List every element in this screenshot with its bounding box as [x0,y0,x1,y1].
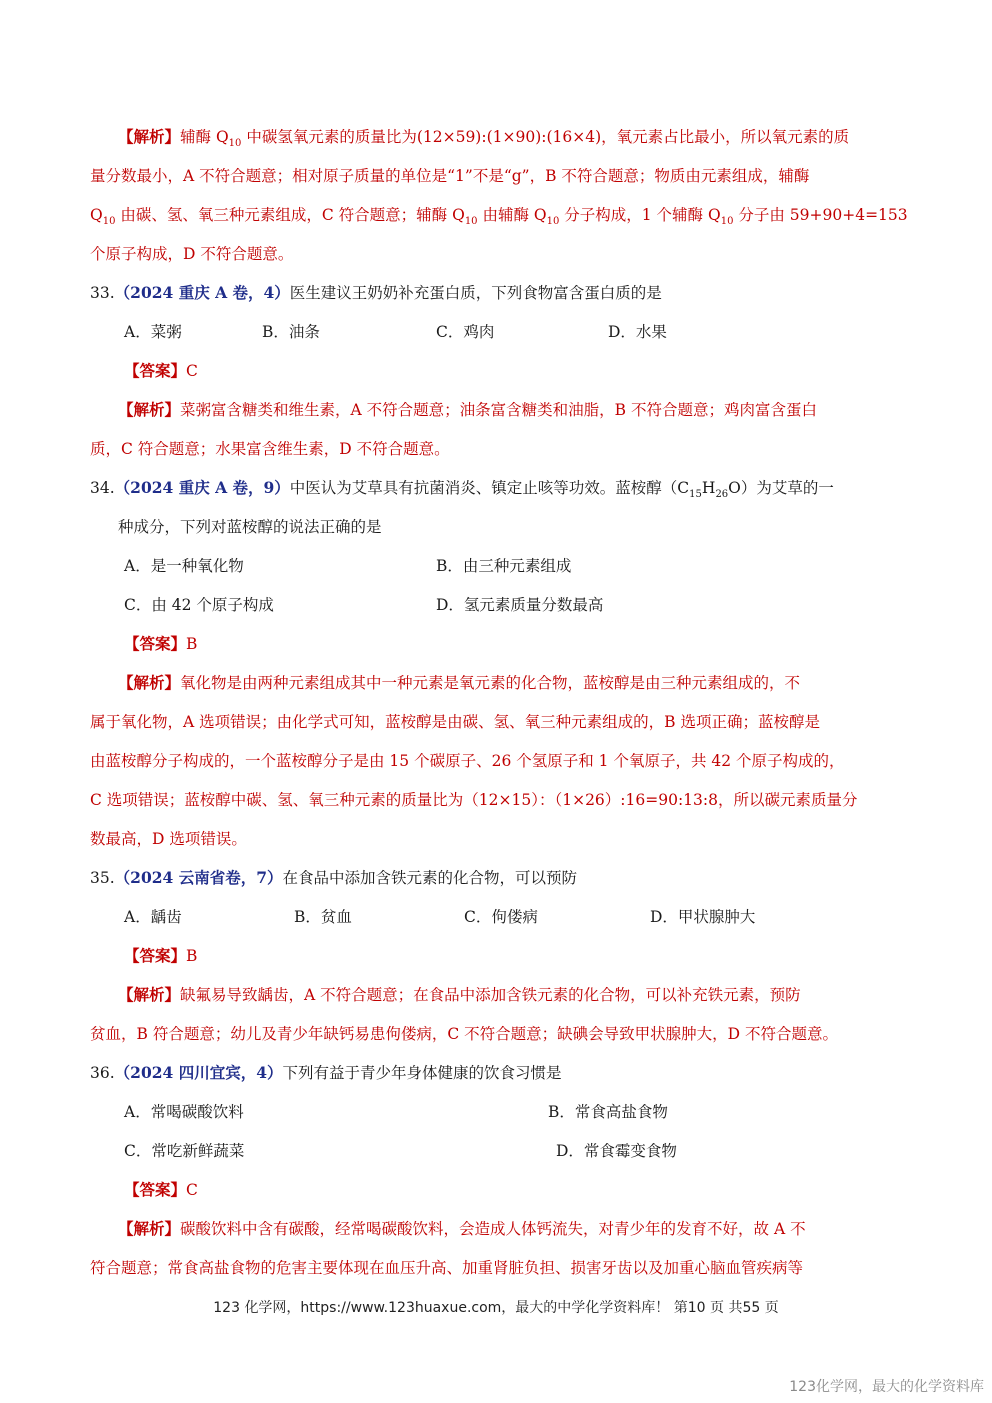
question-number: 34. [90,479,115,497]
question-source: （2024 重庆 A 卷，9） [115,478,290,497]
question-text: 下列有益于青少年身体健康的饮食习惯是 [282,1064,561,1082]
analysis-text: 氧化物是由两种元素组成其中一种元素是氧元素的化合物，蓝桉醇是由三种元素组成的，不 [180,674,800,692]
text: 由辅酶 Q [478,206,547,224]
question-33-option-d: D．水果 [608,321,667,343]
text: 由碳、氢、氧三种元素组成，C 符合题意；辅酶 Q [115,206,464,224]
question-33-answer: 【答案】C [124,360,198,382]
question-34-stem: 34.（2024 重庆 A 卷，9）中医认为艾草具有抗菌消炎、镇定止咳等功效。蓝… [90,477,834,499]
question-34-stem-line-2: 种成分，下列对蓝桉醇的说法正确的是 [118,516,382,538]
question-34-option-a: A．是一种氧化物 [124,555,244,577]
question-36-analysis-line-2: 符合题意；常食高盐食物的危害主要体现在血压升高、加重肾脏负担、损害牙齿以及加重心… [90,1257,803,1279]
analysis-label: 【解析】 [118,673,180,692]
answer-label: 【答案】 [124,361,186,380]
analysis-continuation-line-2: 量分数最小，A 不符合题意；相对原子质量的单位是“1”不是“g”，B 不符合题意… [90,165,809,187]
question-34-option-c: C．由 42 个原子构成 [124,594,274,616]
analysis-label: 【解析】 [118,985,180,1004]
question-35-analysis-line-2: 贫血，B 符合题意；幼儿及青少年缺钙易患佝偻病，C 不符合题意；缺碘会导致甲状腺… [90,1023,838,1045]
analysis-text: 碳酸饮料中含有碳酸，经常喝碳酸饮料，会造成人体钙流失，对青少年的发育不好，故 A… [180,1220,806,1238]
watermark: 123化学网，最大的化学资料库 [789,1376,984,1396]
subscript: 10 [103,216,116,227]
text: Q [90,206,103,224]
question-33-stem: 33.（2024 重庆 A 卷，4）医生建议王奶奶补充蛋白质，下列食物富含蛋白质… [90,282,662,304]
question-text: O）为艾草的一 [728,479,834,497]
analysis-text: 菜粥富含糖类和维生素，A 不符合题意；油条富含糖类和油脂，B 不符合题意；鸡肉富… [180,401,817,419]
subscript: 10 [465,216,478,227]
question-number: 35. [90,869,115,887]
subscript: 15 [689,489,702,500]
analysis-continuation-line-4: 个原子构成，D 不符合题意。 [90,243,293,265]
question-number: 33. [90,284,115,302]
question-35-answer: 【答案】B [124,945,197,967]
question-35-option-a: A．龋齿 [124,906,182,928]
analysis-text: 缺氟易导致龋齿，A 不符合题意；在食品中添加含铁元素的化合物，可以补充铁元素，预… [180,986,801,1004]
question-35-analysis-line-1: 【解析】缺氟易导致龋齿，A 不符合题意；在食品中添加含铁元素的化合物，可以补充铁… [118,984,801,1006]
question-34-analysis-line-4: C 选项错误；蓝桉醇中碳、氢、氧三种元素的质量比为（12×15）：（1×26）:… [90,789,857,811]
page-footer: 123 化学网，https://www.123huaxue.com，最大的中学化… [0,1297,992,1317]
question-text: H [702,479,716,497]
question-34-option-b: B．由三种元素组成 [436,555,571,577]
question-34-analysis-line-5: 数最高，D 选项错误。 [90,828,247,850]
question-33-option-c: C．鸡肉 [436,321,494,343]
question-35-stem: 35.（2024 云南省卷，7）在食品中添加含铁元素的化合物，可以预防 [90,867,577,889]
question-text: 医生建议王奶奶补充蛋白质，下列食物富含蛋白质的是 [290,284,662,302]
question-36-stem: 36.（2024 四川宜宾，4）下列有益于青少年身体健康的饮食习惯是 [90,1062,562,1084]
answer-label: 【答案】 [124,634,186,653]
text: 个原子构成，D 不符合题意。 [90,245,293,263]
question-35-option-b: B．贫血 [294,906,352,928]
question-36-option-d: D．常食霉变食物 [556,1140,677,1162]
text: 中碳氢氧元素的质量比为(12×59):(1×90):(16×4)，氧元素占比最小… [241,128,849,146]
question-source: （2024 重庆 A 卷，4） [115,283,290,302]
question-35-option-c: C．佝偻病 [464,906,538,928]
text: 量分数最小，A 不符合题意；相对原子质量的单位是“1”不是“g”，B 不符合题意… [90,167,809,185]
analysis-continuation-line-1: 【解析】辅酶 Q10 中碳氢氧元素的质量比为(12×59):(1×90):(16… [118,126,849,148]
answer-label: 【答案】 [124,946,186,965]
question-number: 36. [90,1064,115,1082]
question-35-option-d: D．甲状腺肿大 [650,906,755,928]
analysis-label: 【解析】 [118,400,180,419]
text: 分子由 59+90+4=153 [733,206,907,224]
question-36-answer: 【答案】C [124,1179,198,1201]
question-text: 在食品中添加含铁元素的化合物，可以预防 [282,869,577,887]
text: 分子构成，1 个辅酶 Q [559,206,720,224]
question-36-option-b: B．常食高盐食物 [548,1101,668,1123]
question-34-analysis-line-2: 属于氧化物，A 选项错误；由化学式可知，蓝桉醇是由碳、氢、氧三种元素组成的，B … [90,711,820,733]
subscript: 10 [547,216,560,227]
answer-value: B [186,947,197,965]
analysis-continuation-line-3: Q10 由碳、氢、氧三种元素组成，C 符合题意；辅酶 Q10 由辅酶 Q10 分… [90,204,908,226]
question-34-answer: 【答案】B [124,633,197,655]
question-36-option-a: A．常喝碳酸饮料 [124,1101,244,1123]
text: 辅酶 Q [180,128,229,146]
subscript: 26 [715,489,728,500]
question-source: （2024 云南省卷，7） [115,868,283,887]
question-33-analysis-line-2: 质，C 符合题意；水果富含维生素，D 不符合题意。 [90,438,450,460]
subscript: 10 [721,216,734,227]
question-34-analysis-line-3: 由蓝桉醇分子构成的，一个蓝桉醇分子是由 15 个碳原子、26 个氢原子和 1 个… [90,750,845,772]
analysis-label: 【解析】 [118,127,180,146]
answer-value: C [186,362,198,380]
question-36-option-c: C．常吃新鲜蔬菜 [124,1140,244,1162]
answer-label: 【答案】 [124,1180,186,1199]
answer-value: C [186,1181,198,1199]
question-33-analysis-line-1: 【解析】菜粥富含糖类和维生素，A 不符合题意；油条富含糖类和油脂，B 不符合题意… [118,399,817,421]
answer-value: B [186,635,197,653]
question-33-option-b: B．油条 [262,321,320,343]
question-source: （2024 四川宜宾，4） [115,1063,283,1082]
question-36-analysis-line-1: 【解析】碳酸饮料中含有碳酸，经常喝碳酸饮料，会造成人体钙流失，对青少年的发育不好… [118,1218,806,1240]
subscript: 10 [229,138,242,149]
question-34-analysis-line-1: 【解析】氧化物是由两种元素组成其中一种元素是氧元素的化合物，蓝桉醇是由三种元素组… [118,672,800,694]
analysis-label: 【解析】 [118,1219,180,1238]
question-text: 中医认为艾草具有抗菌消炎、镇定止咳等功效。蓝桉醇（C [290,479,689,497]
question-33-option-a: A．菜粥 [124,321,182,343]
question-34-option-d: D．氢元素质量分数最高 [436,594,603,616]
